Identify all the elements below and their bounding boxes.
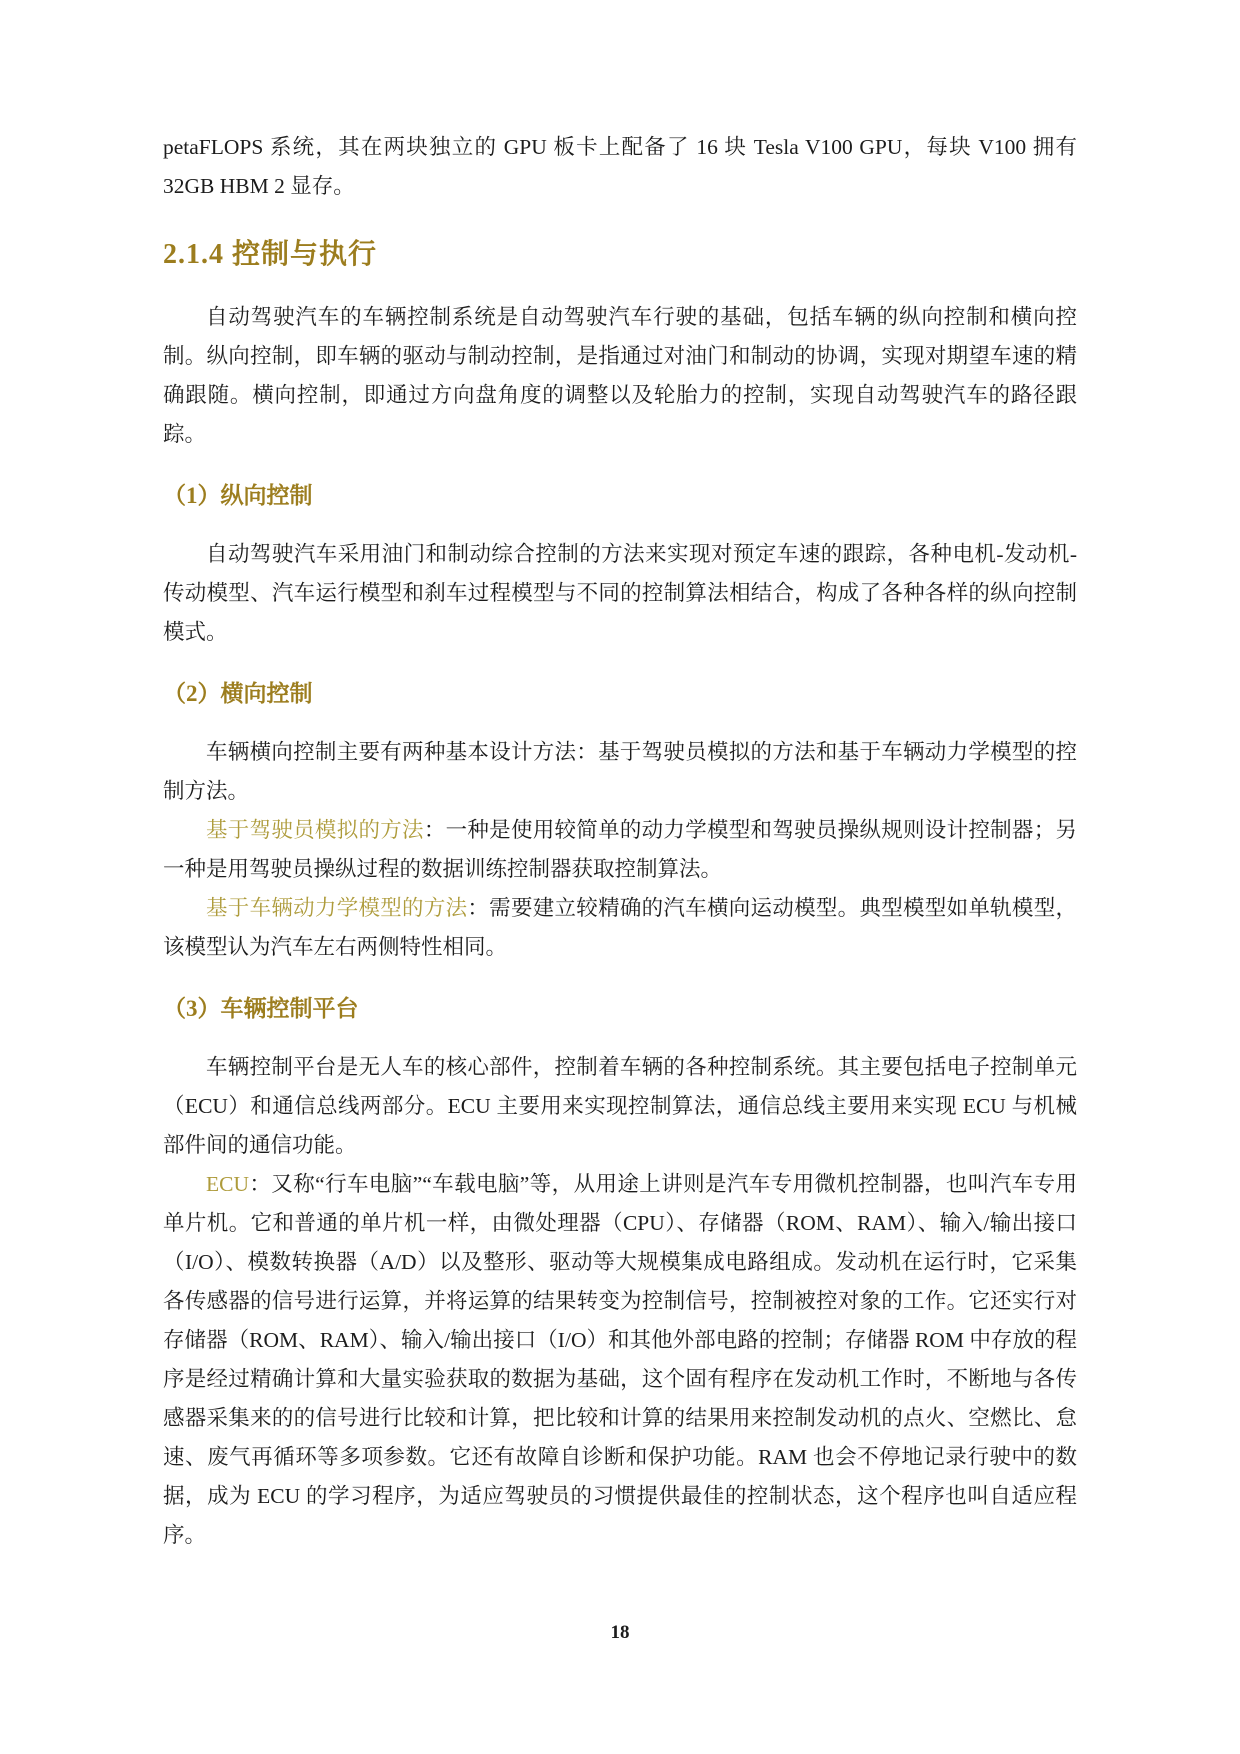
ecu-paragraph: ECU：又称“行车电脑”“车载电脑”等，从用途上讲则是汽车专用微机控制器，也叫汽… — [163, 1165, 1077, 1555]
subsection-2-paragraph: 车辆横向控制主要有两种基本设计方法：基于驾驶员模拟的方法和基于车辆动力学模型的控… — [163, 733, 1077, 811]
subsection-1-heading: （1）纵向控制 — [163, 481, 1077, 511]
driver-model-method-paragraph: 基于驾驶员模拟的方法：一种是使用较简单的动力学模型和驾驶员操纵规则设计控制器；另… — [163, 811, 1077, 889]
subsection-3-paragraph: 车辆控制平台是无人车的核心部件，控制着车辆的各种控制系统。其主要包括电子控制单元… — [163, 1048, 1077, 1165]
subsection-2-heading: （2）横向控制 — [163, 679, 1077, 709]
subsection-1-paragraph: 自动驾驶汽车采用油门和制动综合控制的方法来实现对预定车速的跟踪，各种电机-发动机… — [163, 535, 1077, 652]
intro-text: petaFLOPS 系统，其在两块独立的 GPU 板卡上配备了 16 块 Tes… — [163, 135, 1077, 198]
intro-paragraph: petaFLOPS 系统，其在两块独立的 GPU 板卡上配备了 16 块 Tes… — [163, 128, 1077, 206]
document-content: petaFLOPS 系统，其在两块独立的 GPU 板卡上配备了 16 块 Tes… — [163, 128, 1077, 1555]
dynamics-model-method-label: 基于车辆动力学模型的方法 — [206, 896, 467, 920]
document-page: petaFLOPS 系统，其在两块独立的 GPU 板卡上配备了 16 块 Tes… — [0, 0, 1240, 1754]
ecu-text: ：又称“行车电脑”“车载电脑”等，从用途上讲则是汽车专用微机控制器，也叫汽车专用… — [163, 1172, 1077, 1547]
section-heading: 2.1.4 控制与执行 — [163, 238, 1077, 272]
subsection-3-heading: （3）车辆控制平台 — [163, 994, 1077, 1024]
driver-model-method-label: 基于驾驶员模拟的方法 — [206, 818, 424, 842]
ecu-label: ECU — [206, 1172, 249, 1196]
page-number: 18 — [0, 1622, 1240, 1644]
dynamics-model-method-paragraph: 基于车辆动力学模型的方法：需要建立较精确的汽车横向运动模型。典型模型如单轨模型，… — [163, 889, 1077, 967]
section-intro-paragraph: 自动驾驶汽车的车辆控制系统是自动驾驶汽车行驶的基础，包括车辆的纵向控制和横向控制… — [163, 298, 1077, 454]
